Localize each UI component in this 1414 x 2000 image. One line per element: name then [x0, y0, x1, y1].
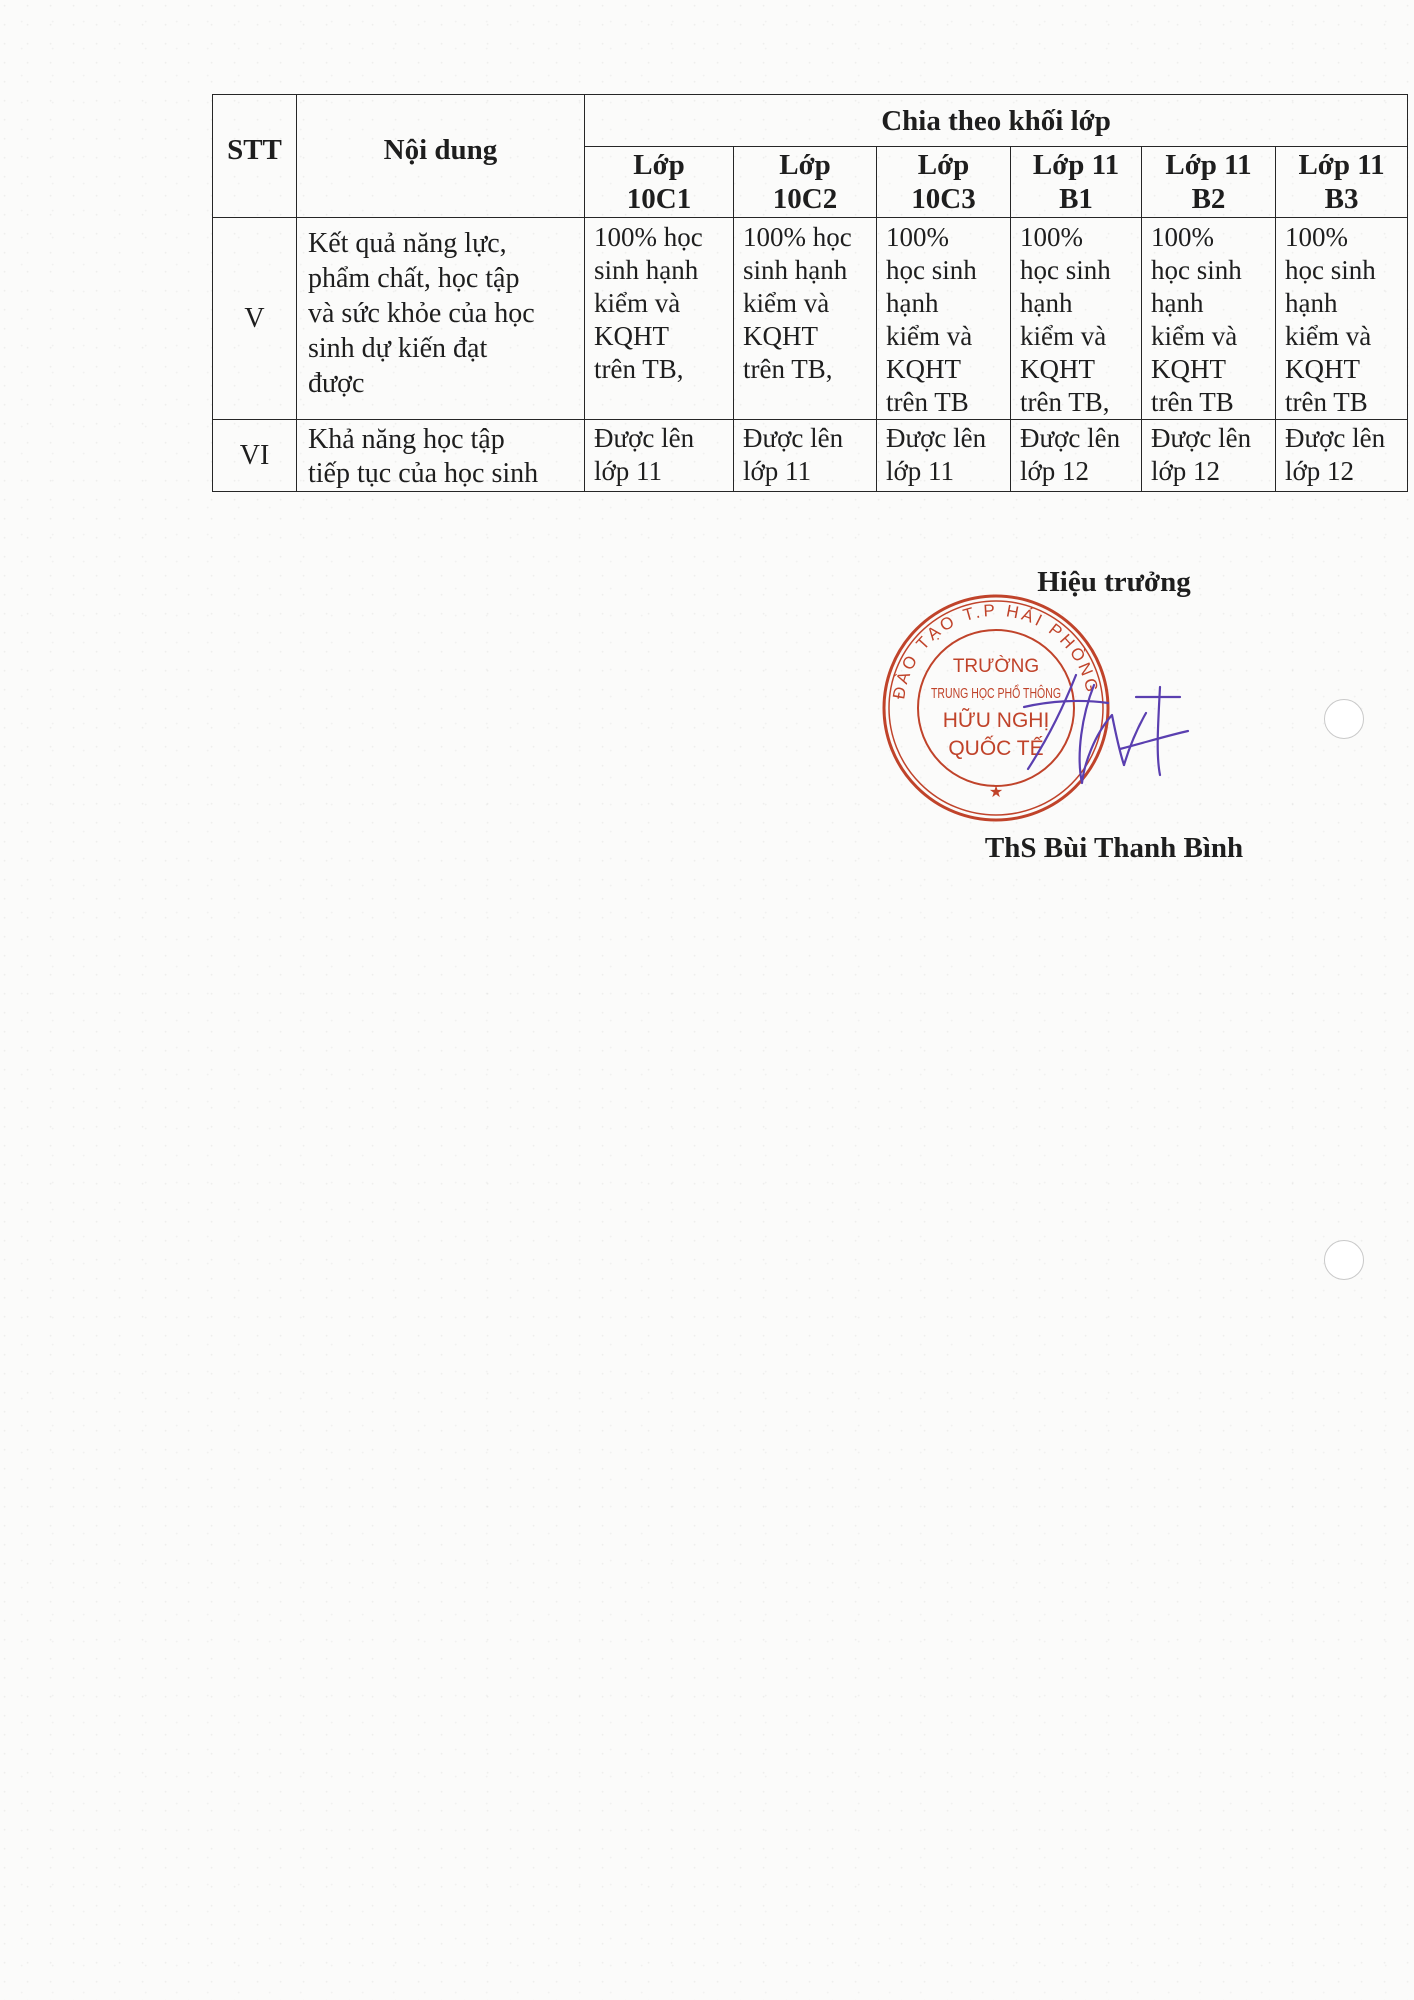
- row-number: V: [213, 218, 297, 420]
- star-icon: ★: [989, 784, 1003, 801]
- table-cell: Được lên lớp 11: [734, 420, 877, 492]
- row-number: VI: [213, 420, 297, 492]
- table-cell: Được lên lớp 12: [1276, 420, 1408, 492]
- table-cell: Được lên lớp 12: [1011, 420, 1142, 492]
- header-class: Lớp 10C1: [585, 147, 734, 218]
- handwritten-signature: [1020, 665, 1190, 835]
- header-class: Lớp 11 B1: [1011, 147, 1142, 218]
- header-class: Lớp 10C2: [734, 147, 877, 218]
- row-content: Kết quả năng lực, phẩm chất, học tập và …: [297, 218, 585, 420]
- header-class: Lớp 11 B3: [1276, 147, 1408, 218]
- table-row: V Kết quả năng lực, phẩm chất, học tập v…: [213, 218, 1408, 420]
- table-cell: 100% học sinh hạnh kiểm và KQHT trên TB,: [585, 218, 734, 420]
- table-cell: 100% học sinh hạnh kiểm và KQHT trên TB,: [1011, 218, 1142, 420]
- table-cell: 100% học sinh hạnh kiểm và KQHT trên TB,: [734, 218, 877, 420]
- table-cell: Được lên lớp 11: [585, 420, 734, 492]
- table-cell: 100% học sinh hạnh kiểm và KQHT trên TB: [1142, 218, 1276, 420]
- table-cell: Được lên lớp 11: [877, 420, 1011, 492]
- table-row: VI Khả năng học tập tiếp tục của học sin…: [213, 420, 1408, 492]
- table-cell: 100% học sinh hạnh kiểm và KQHT trên TB: [1276, 218, 1408, 420]
- header-content: Nội dung: [297, 95, 585, 218]
- row-content: Khả năng học tập tiếp tục của học sinh: [297, 420, 585, 492]
- header-class: Lớp 11 B2: [1142, 147, 1276, 218]
- table-cell: 100% học sinh hạnh kiểm và KQHT trên TB: [877, 218, 1011, 420]
- signer-name: ThS Bùi Thanh Bình: [964, 832, 1264, 865]
- plan-table: STT Nội dung Chia theo khối lớp Lớp 10C1…: [212, 94, 1408, 492]
- table-cell: Được lên lớp 12: [1142, 420, 1276, 492]
- header-stt: STT: [213, 95, 297, 218]
- header-class-group: Chia theo khối lớp: [585, 95, 1408, 147]
- punch-hole: [1324, 699, 1364, 739]
- header-class: Lớp 10C3: [877, 147, 1011, 218]
- punch-hole: [1324, 1240, 1364, 1280]
